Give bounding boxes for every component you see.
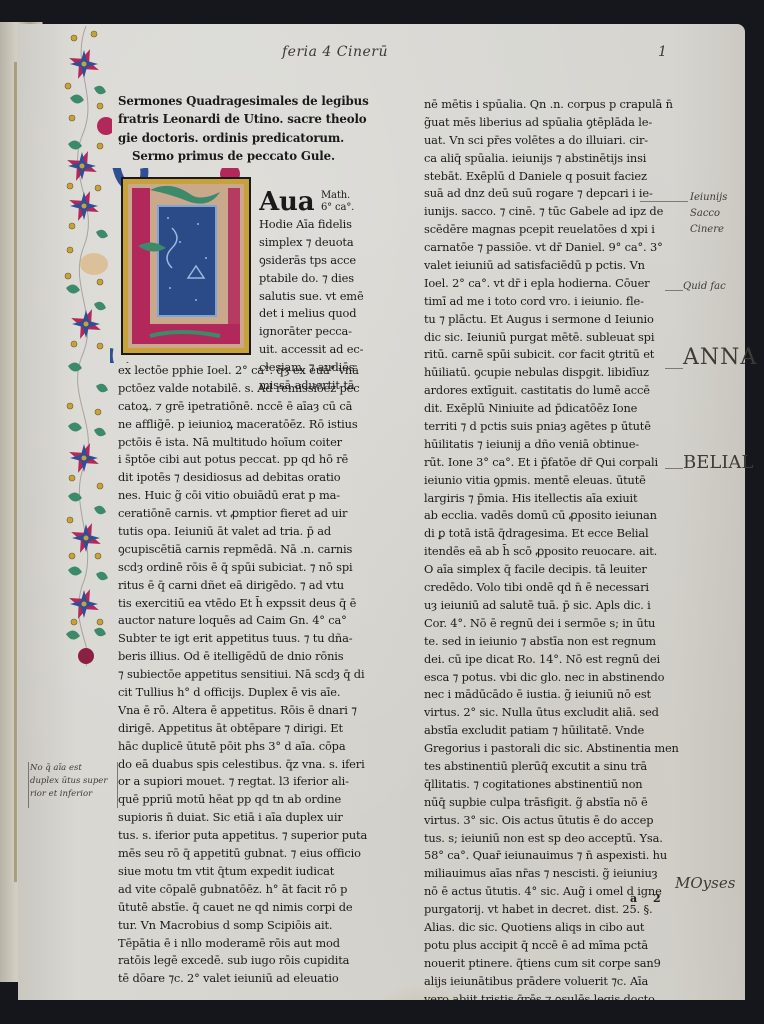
floral-border-icon: [60, 26, 112, 666]
text-line: supioris n̄ duiat. Sic etiā i aīa duplex…: [118, 809, 367, 827]
text-line: Tēpātia ē i nllo moderamē rōis aut mod: [118, 935, 367, 953]
text-line: credēdo. Volo tibi ondē qd n̄ ē necessar…: [424, 579, 679, 597]
text-line: tus. s. iferior puta appetitus. ⁊ superi…: [118, 827, 367, 845]
text-line: Vna ē rō. Altera ē appetitus. Rōis ē dna…: [118, 702, 367, 720]
text-line: tu ⁊ plāctu. Et Augus i sermone d Ieiuni…: [424, 311, 679, 329]
note-line: Sacco: [690, 206, 727, 222]
text-line: alijs ieiunātibus prādere voluerit ⁊c. A…: [424, 973, 679, 991]
text-line: dirigē. Appetitus āt obtēpare ⁊ dirigi. …: [118, 720, 367, 738]
text-line: tutis opa. Ieiuniū āt valet ad tria. p̄ …: [118, 523, 367, 541]
text-line: O aīa simplex q̄ facile decipis. tā leui…: [424, 561, 679, 579]
text-line: or a supiori mouet. ⁊ regtat. l3 iferior…: [118, 773, 367, 791]
text-line: ritus ē q̄ carni dñet eā dirigēdo. ⁊ ad …: [118, 577, 367, 595]
text-line: 58° ca°. Quar̄ ieiunauimus ⁊ n̄ aspexist…: [424, 847, 679, 865]
text-line: virtus. 2° sic. Nulla ūtus excludit aliā…: [424, 704, 679, 722]
reference-chapter: 6° ca°.: [321, 202, 354, 213]
text-line: uȝ ieiuniū ad salutē tuā. p̄ sic. Apls d…: [424, 597, 679, 615]
text-line: ptabile do. ⁊ dies: [259, 270, 364, 288]
printed-heading: Sermones Quadragesimales de legibus frat…: [118, 92, 369, 165]
signature-mark: a 2: [630, 892, 667, 905]
text-line: cit Tullius h° d officijs. Duplex ē vis …: [118, 684, 367, 702]
text-line: di ꝑ totā istā q̄dragesima. Et ecce Beli…: [424, 525, 679, 543]
text-line: Cor. 4°. Nō ē regnū dei i sermōe s; in ū…: [424, 615, 679, 633]
handwritten-header: feria 4 Cinerū: [282, 44, 388, 60]
text-line: nūq̄ supbie culpa trāsfigit. g̃ abstīa n…: [424, 794, 679, 812]
text-line: catoꝝ. ⁊ grē ipetratiōnē. nccē ē aīaȝ cū…: [118, 398, 367, 416]
text-line: ignorāter pecca-: [259, 323, 364, 341]
text-line: tes abstinentiū plerūq̄ excutit a sinu t…: [424, 758, 679, 776]
marginal-note-quid: Quid fac: [683, 281, 726, 292]
heading-line: fratris Leonardi de Utino. sacre theolo: [118, 110, 369, 128]
text-line: largiris ⁊ p̄mia. His itellectis aīa exi…: [424, 490, 679, 508]
text-line: ab ecclia. vadēs domū cū ꝓposito ieiunan: [424, 507, 679, 525]
text-line: te. sed in ieiunio ⁊ abstīa non est regn…: [424, 633, 679, 651]
marginal-note-belial: BELIAL: [683, 452, 753, 473]
note-line: Cinere: [690, 222, 727, 238]
opening-word: Aua: [259, 190, 314, 214]
folio-mark: 1: [658, 44, 667, 60]
text-line: dei. cū ipe dicat Ro. 14°. Nō est regnū …: [424, 651, 679, 669]
marginal-pointer: [640, 201, 688, 202]
marginal-note-left: No q̄ aīa est duplex ūtus super rior et …: [30, 762, 120, 801]
text-line: stebāt. Exēplū d Daniele q posuit faciez: [424, 168, 679, 186]
text-line: ex lectōe pphie Ioel. 2° ca°. q̄ȝ ex euā…: [118, 362, 367, 380]
text-line: ieiunio vitia ꝯpmis. mentē eleuas. ūtutē: [424, 472, 679, 490]
text-line: tur. Vn Macrobius d somp Scipiōis ait.: [118, 917, 367, 935]
text-line: ⁊ subiectōe appetitus sensitiui. Nā scdȝ…: [118, 666, 367, 684]
text-line: pctōis ē ista. Nā multitudo hoīum coiter: [118, 434, 367, 452]
text-line: g̃uat mēs liberius ad spūalia ꝯtēplāda l…: [424, 114, 679, 132]
text-line: Ioel. 2° ca°. vt dr̄ i epla hodierna. Cō…: [424, 275, 679, 293]
text-line: ardores extīguit. castitatis do lumē acc…: [424, 382, 679, 400]
text-line: pctōez valde notabilē. s. Ad remissiōez …: [118, 380, 367, 398]
text-line: ꝯcupiscētiā carnis repmēdā. Nā .n. carni…: [118, 541, 367, 559]
text-line: q̄llitatis. ⁊ cogitationes abstinentiū n…: [424, 776, 679, 794]
text-line: simplex ⁊ deuota: [259, 234, 364, 252]
text-line: uit. accessit ad ec-: [259, 341, 364, 359]
text-line: virtus. 3° sic. Ois actus ūtutis ē do ac…: [424, 812, 679, 830]
marginal-note-anna: ANNA: [683, 345, 757, 370]
text-line: nec i mādūcādo ē iustia. g̃ ieiuniū nō e…: [424, 686, 679, 704]
decorated-initial-a-icon: [110, 168, 255, 363]
scripture-reference: Math. 6° ca°.: [321, 190, 354, 214]
text-line: valet ieiuniū ad satisfaciēdū p pctis. V…: [424, 257, 679, 275]
note-line: Ieiunijs: [690, 190, 727, 206]
text-line: det i melius quod: [259, 305, 364, 323]
marginal-note-ieiunijs: Ieiunijs Sacco Cinere: [690, 190, 727, 238]
marginal-pointer: [665, 368, 683, 369]
text-line: esca ⁊ potus. vbi dic glo. nec in abstin…: [424, 669, 679, 687]
text-line: dit ipotēs ⁊ desidiosus ad debitas orati…: [118, 469, 367, 487]
note-line: duplex ūtus super: [30, 775, 120, 788]
text-line: Gregorius i pastorali dic sic. Abstinent…: [424, 740, 679, 758]
text-line: auctor nature loquēs ad Caim Gn. 4° ca°: [118, 612, 367, 630]
text-line: timī ad me i toto cord vro. i ieiunio. f…: [424, 293, 679, 311]
text-line: dic sic. Ieiuniū purgat mētē. subleuat s…: [424, 329, 679, 347]
marginal-pointer: [665, 290, 683, 291]
text-line: do eā duabus spis celestibus. q̄z vna. s…: [118, 756, 367, 774]
text-line: i s̄ptōe cibi aut potus peccat. pp qd hō…: [118, 451, 367, 469]
text-line: Alias. dic sic. Quotiens aliqs in cibo a…: [424, 919, 679, 937]
text-line: nes. Huic g̃ cōi vitio obuiādū erat p ma…: [118, 487, 367, 505]
text-line: scdȝ ordinē rōis ē q̄ spūi subiciat. ⁊ n…: [118, 559, 367, 577]
heading-line: Sermones Quadragesimales de legibus: [118, 92, 369, 110]
text-line: territi ⁊ d pctis suis pniaȝ agētes p ūt…: [424, 418, 679, 436]
sermon-title: Sermo primus de peccato Gule.: [118, 147, 369, 165]
text-line: ꝯsiderās tps acce: [259, 252, 364, 270]
text-line: ca aliq̄ spūalia. ieiunijs ⁊ abstinētijs…: [424, 150, 679, 168]
text-line: hūilitatis ⁊ ieiunij a dño veniā obtinue…: [424, 436, 679, 454]
text-line: ne afflig̃ē. p ieiunioꝝ maceratōēz. Rō i…: [118, 416, 367, 434]
right-text-column: nē mētis i spūalia. Qn .n. corpus p crap…: [424, 96, 679, 1024]
text-line: tus. s; ieiuniū non est sp deo acceptū. …: [424, 830, 679, 848]
text-line: scēdēre magnas pcepit reuelatōes d xpi i: [424, 221, 679, 239]
text-line: mēs seu rō q̄ appetitū gubnat. ⁊ eius of…: [118, 845, 367, 863]
text-line: Hodie Aīa fidelis: [259, 216, 364, 234]
text-line: hūiliatū. ꝯcupie nebulas dispgit. libidī…: [424, 364, 679, 382]
left-text-column: ex lectōe pphie Ioel. 2° ca°. q̄ȝ ex euā…: [118, 362, 367, 988]
text-line: salutis sue. vt emē: [259, 288, 364, 306]
heading-line: gie doctoris. ordinis predicatorum.: [118, 129, 369, 147]
scan-bottom-edge: [0, 1000, 764, 1024]
text-line: tē dōare ⁊c. 2° valet ieiuniū ad eleuati…: [118, 970, 367, 988]
text-line: miliauimus aīas nr̄as ⁊ nescisti. g̃ iei…: [424, 865, 679, 883]
text-line: nouerit ptinere. q̄tiens cum sit corpe s…: [424, 955, 679, 973]
text-line: ad vite cōpalē gubnatōēz. h° āt facit rō…: [118, 881, 367, 899]
text-line: uat. Vn sci pr̄es volētes a do illuiari.…: [424, 132, 679, 150]
text-line: ratōis legē excedē. sub iugo rōis cupidi…: [118, 952, 367, 970]
marginal-pointer: [665, 468, 683, 469]
text-line: siue motu tm vtit q̄tum expedit iudicat: [118, 863, 367, 881]
text-line: ritū. carnē spūi subicit. cor facit ꝯtri…: [424, 346, 679, 364]
text-line: hāc duplicē ūtutē pōit phs 3° d aīa. cōp…: [118, 738, 367, 756]
text-line: itendēs eā ab h̄ scō ꝓposito reuocare. a…: [424, 543, 679, 561]
illuminated-initial: [110, 168, 255, 363]
text-line: rūt. Ione 3° ca°. Et i p̄fatōe dr̄ Qui c…: [424, 454, 679, 472]
text-line: abstīa excludit patiam ⁊ hūilitatē. Vnde: [424, 722, 679, 740]
text-line: Subter te igt erit appetitus tuus. ⁊ tu …: [118, 630, 367, 648]
note-line: rior et inferior: [30, 788, 120, 801]
illuminated-border: [60, 26, 112, 666]
text-line: ūtutē abstīe. q̄ cauet ne qd nimis corpi…: [118, 899, 367, 917]
text-line: beris illius. Od ē itelligēdū de dnio rō…: [118, 648, 367, 666]
text-line: ceratiōnē carnis. vt ꝓmptior fieret ad u…: [118, 505, 367, 523]
text-line: iunijs. sacco. ⁊ cinē. ⁊ tūc Gabele ad i…: [424, 203, 679, 221]
text-line: tis exercitiū ea vtēdo Et h̄ expssit deu…: [118, 595, 367, 613]
marginal-note-moyses: MOyses: [675, 874, 735, 892]
text-line: dit. Exēplū Niniuite ad p̄dicatōēz Ione: [424, 400, 679, 418]
reference-book: Math.: [321, 190, 350, 201]
text-line: carnatōe ⁊ passiōe. vt dr̄ Daniel. 9° ca…: [424, 239, 679, 257]
text-line: quē ppriū motū hēat pp qd tn ab ordine: [118, 791, 367, 809]
note-line: No q̄ aīa est: [30, 762, 120, 775]
text-line: nē mētis i spūalia. Qn .n. corpus p crap…: [424, 96, 679, 114]
text-line: potu plus accipit q̄ nccē ē ad mīma pctā: [424, 937, 679, 955]
